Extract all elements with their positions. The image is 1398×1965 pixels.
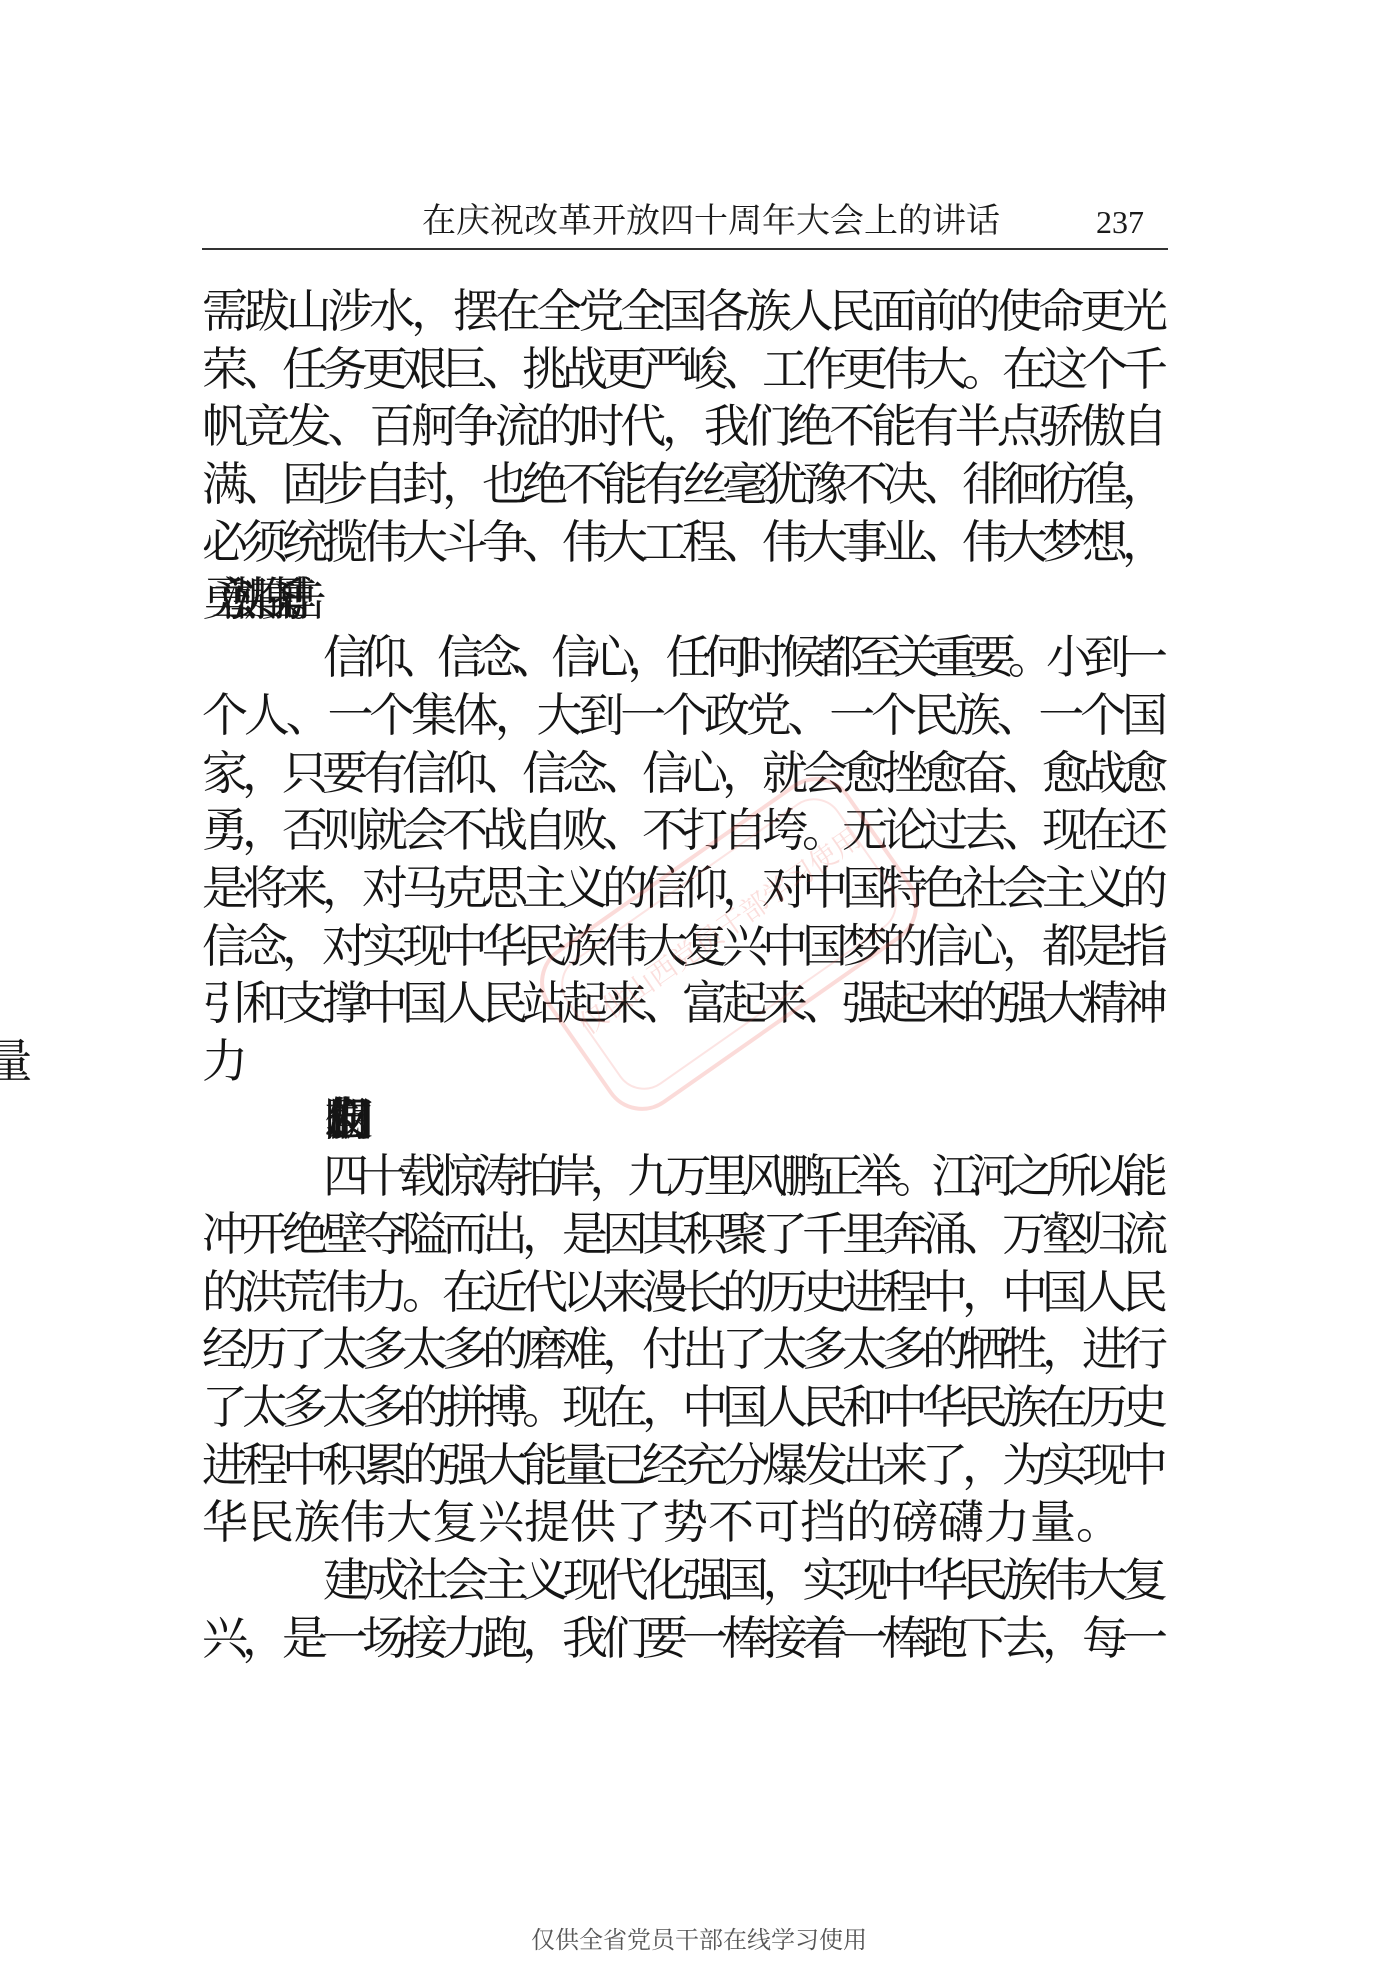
text-line: 帆竞发、百舸争流的时代，我们绝不能有半点骄傲自: [202, 398, 1168, 456]
text-line: 满、固步自封，也绝不能有丝毫犹豫不决、徘徊彷徨，: [202, 456, 1168, 514]
text-line: 了太多太多的拼搏。现在，中国人民和中华民族在历史: [202, 1379, 1168, 1437]
body-text: 需跋山涉水，摆在全党全国各族人民面前的使命更光荣、任务更艰巨、挑战更严峻、工作更…: [202, 283, 1168, 1668]
text-line: 荣、任务更艰巨、挑战更严峻、工作更伟大。在这个千: [202, 341, 1168, 399]
text-line: 是将来，对马克思主义的信仰，对中国特色社会主义的: [202, 860, 1168, 918]
text-line: 经历了太多太多的磨难，付出了太多太多的牺牲，进行: [202, 1321, 1168, 1379]
text-line: 需跋山涉水，摆在全党全国各族人民面前的使命更光: [202, 283, 1168, 341]
text-line: 四十载惊涛拍岸，九万里风鹏正举。江河之所以能: [202, 1148, 1168, 1206]
text-line: 勇，否则就会不战自败、不打自垮。无论过去、现在还: [202, 802, 1168, 860]
text-line: 兴，是一场接力跑，我们要一棒接着一棒跑下去，每一: [202, 1610, 1168, 1668]
text-line: 力量。: [202, 1033, 1168, 1091]
footer-usage-note: 仅供全省党员干部在线学习使用: [0, 1924, 1398, 1956]
text-line: 建成社会主义现代化强国，实现中华民族伟大复: [202, 1552, 1168, 1610]
chapter-title: 在庆祝改革开放四十周年大会上的讲话: [422, 200, 1000, 244]
running-header: 在庆祝改革开放四十周年大会上的讲话 237: [202, 196, 1168, 248]
text-line: 信仰、信念、信心，任何时候都至关重要。小到一: [202, 629, 1168, 687]
text-line: 必须统揽伟大斗争、伟大工程、伟大事业、伟大梦想，: [202, 514, 1168, 572]
header-rule: [202, 248, 1168, 250]
text-line: 勇立潮头、奋勇搏击。: [202, 571, 1168, 629]
text-line: 冲开绝壁夺隘而出，是因其积聚了千里奔涌、万壑归流: [202, 1206, 1168, 1264]
text-line: 的洪荒伟力。在近代以来漫长的历史进程中，中国人民: [202, 1264, 1168, 1322]
book-page: 在庆祝改革开放四十周年大会上的讲话 237 需跋山涉水，摆在全党全国各族人民面前…: [0, 0, 1398, 1965]
text-line: 家，只要有信仰、信念、信心，就会愈挫愈奋、愈战愈: [202, 745, 1168, 803]
text-line: 信念，对实现中华民族伟大复兴中国梦的信心，都是指: [202, 918, 1168, 976]
page-number: 237: [1096, 200, 1144, 244]
text-line: 个人、一个集体，大到一个政党、一个民族、一个国: [202, 687, 1168, 745]
text-line: 华民族伟大复兴提供了势不可挡的磅礴力量。: [202, 1494, 1168, 1552]
text-line: 进程中积累的强大能量已经充分爆发出来了，为实现中: [202, 1437, 1168, 1495]
text-line: 引和支撑中国人民站起来、富起来、强起来的强大精神: [202, 975, 1168, 1033]
text-line: 同志们、朋友们！: [202, 1091, 1168, 1149]
